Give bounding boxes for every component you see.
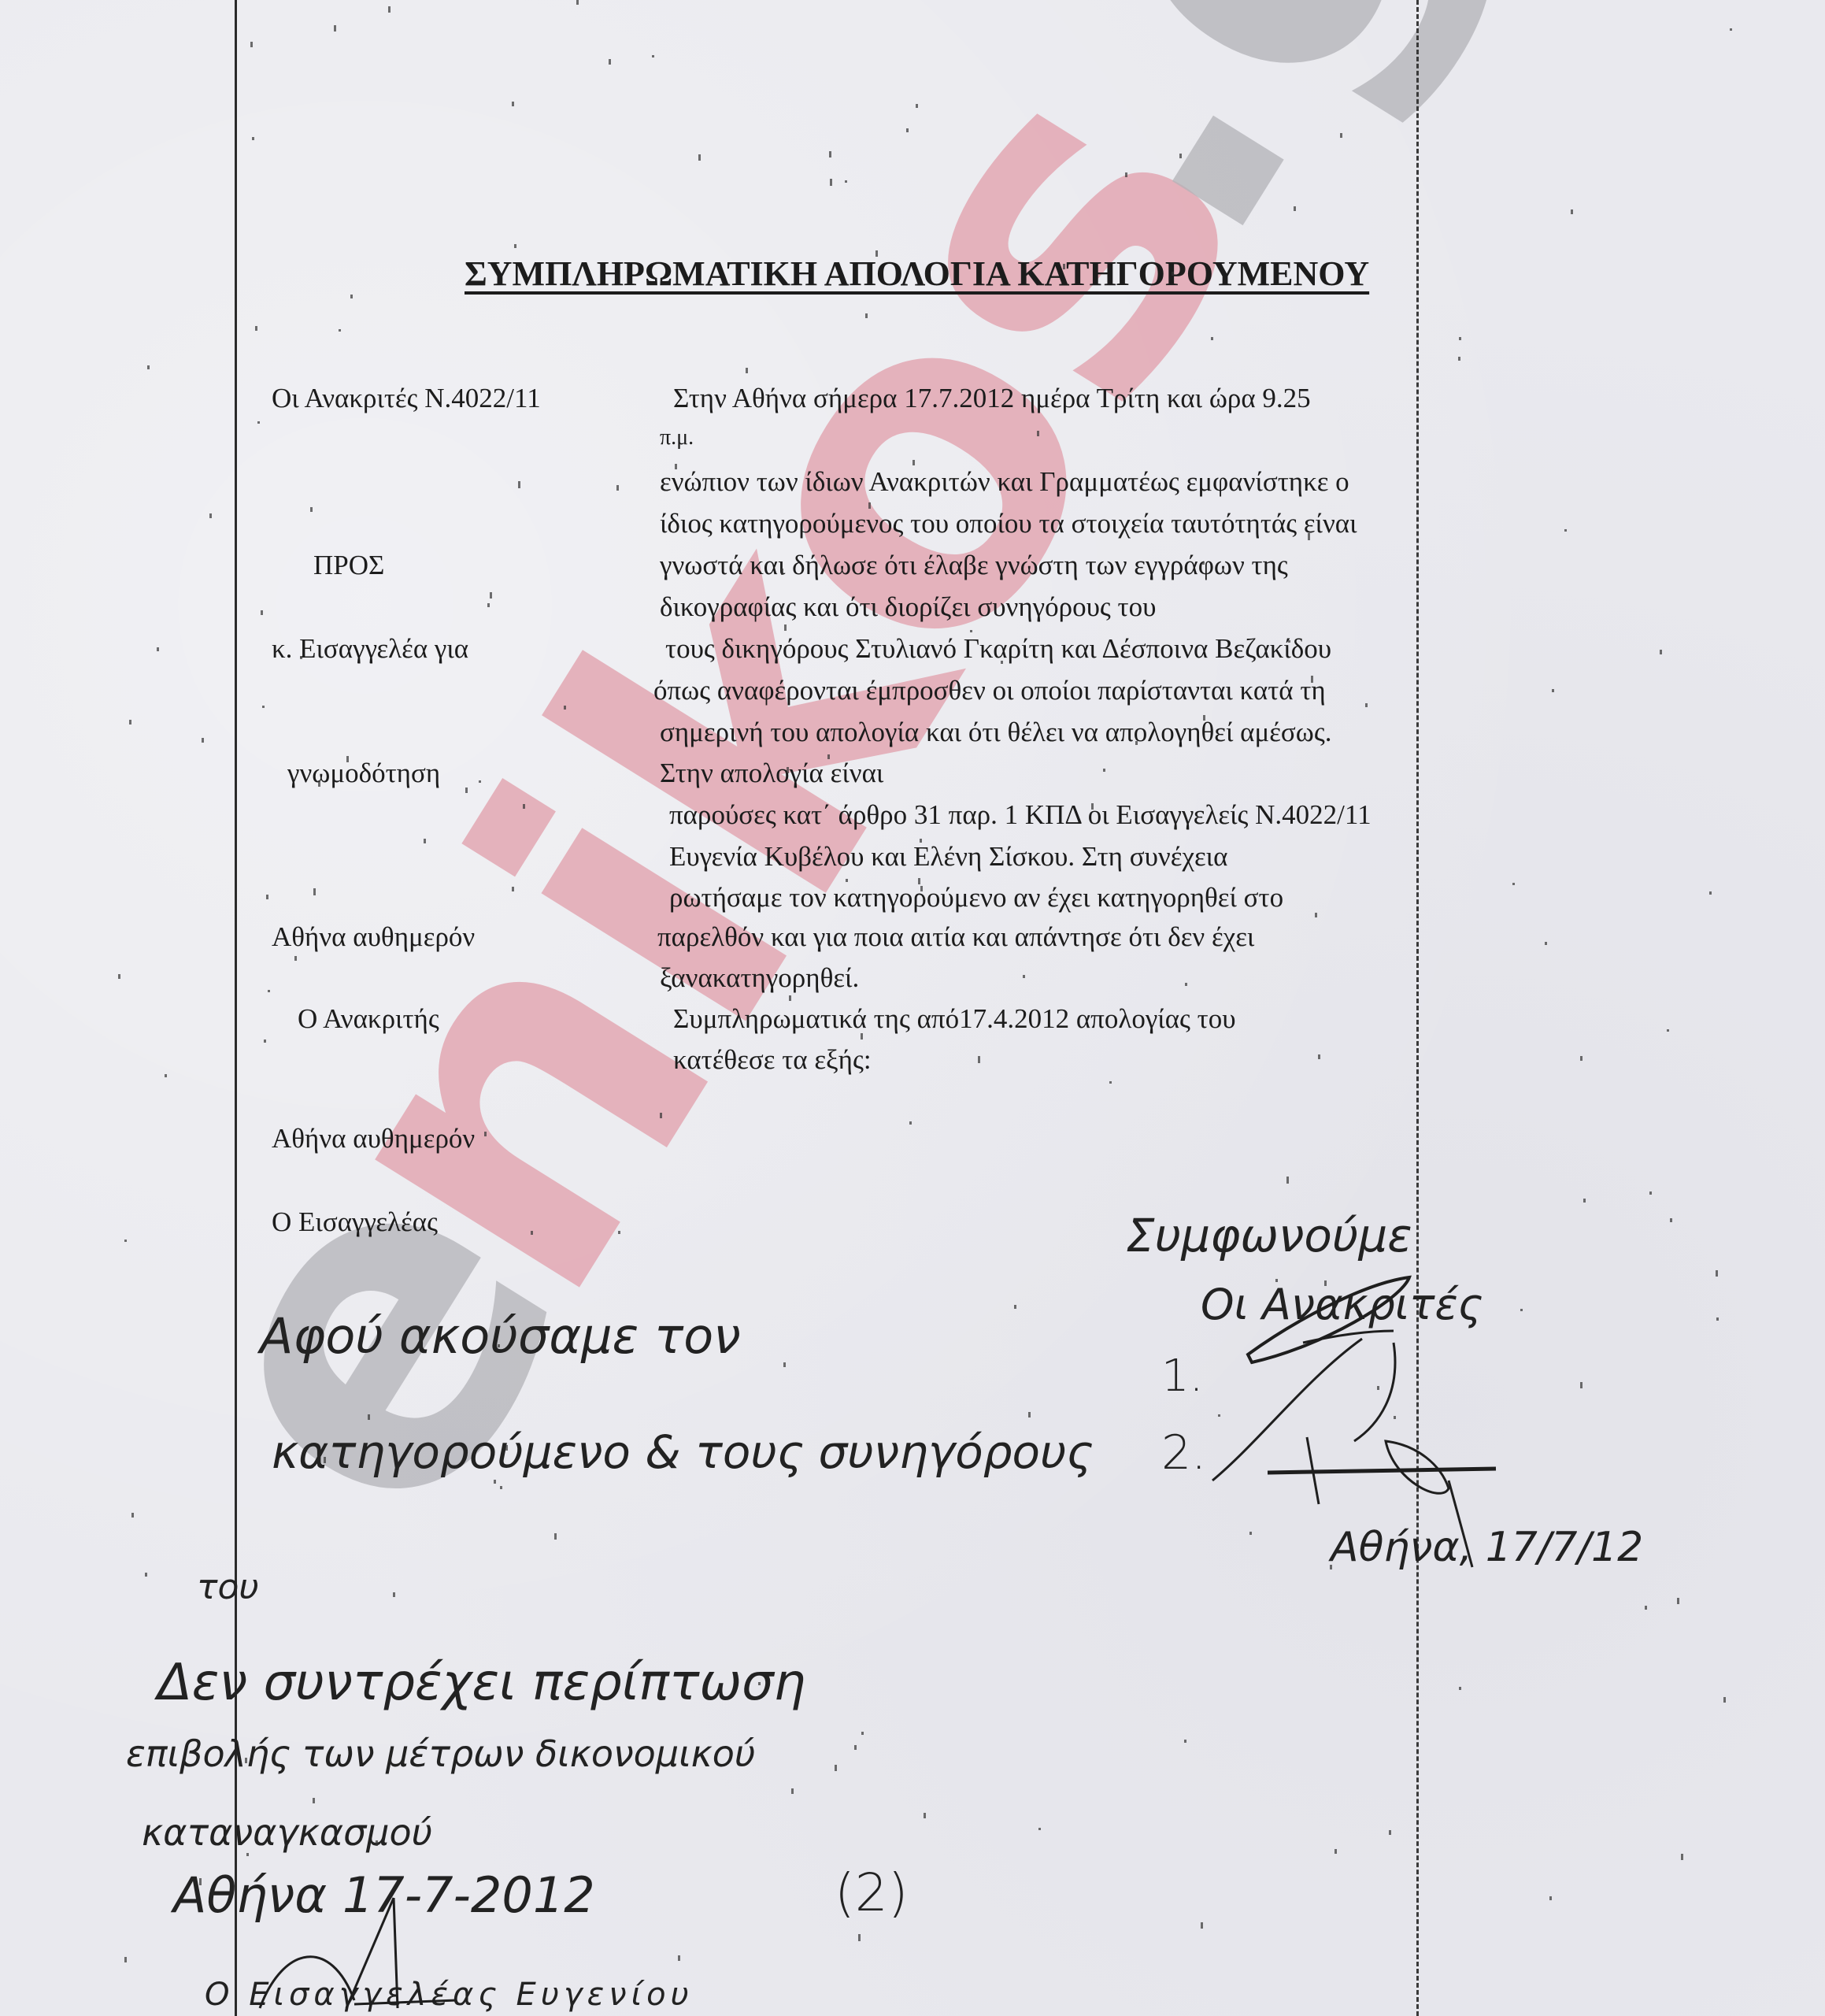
speck [1249, 1532, 1252, 1535]
label-prosecutor: Ο Εισαγγελέας [272, 1206, 438, 1238]
speck [313, 888, 316, 895]
speck [129, 720, 131, 725]
prosecutor-signature [236, 1890, 472, 2016]
speck [1308, 533, 1310, 540]
body-line: δικογραφίας και ότι διορίζει συνηγόρους … [660, 591, 1156, 623]
handwritten-note-line: επιβολής των μέτρων δικονομικού [126, 1732, 756, 1775]
speck [758, 1682, 761, 1685]
label-investigators: Οι Ανακριτές Ν.4022/11 [272, 383, 541, 414]
speck [924, 1813, 926, 1818]
speck [199, 1878, 202, 1885]
speck [131, 1513, 134, 1518]
speck [865, 313, 868, 318]
label-athens-same-day-2: Αθήνα αυθημερόν [272, 1123, 475, 1154]
speck [1649, 1191, 1652, 1195]
speck [1583, 1199, 1586, 1203]
label-to: ΠΡΟΣ [313, 550, 384, 581]
speck [652, 55, 654, 57]
speck [1660, 650, 1662, 654]
body-line: ίδιος κατηγορούμενος του οποίου τα στοιχ… [660, 508, 1357, 539]
speck [257, 421, 260, 424]
speck [1185, 983, 1187, 986]
speck [1545, 942, 1547, 945]
speck [1340, 133, 1342, 137]
speck [1564, 529, 1567, 532]
speck [1038, 1828, 1041, 1830]
speck [1201, 1922, 1203, 1929]
speck [531, 1231, 533, 1236]
speck [124, 1957, 127, 1962]
speck [789, 995, 791, 1001]
speck [346, 756, 349, 763]
handwritten-note-line: καταναγκασμού [142, 1811, 432, 1854]
speck [920, 839, 922, 842]
body-line: Στην Αθήνα σήμερα 17.7.2012 ημέρα Τρίτη … [673, 383, 1311, 414]
speck [1330, 1565, 1332, 1569]
speck [1549, 1896, 1552, 1900]
body-line: ρωτήσαμε τον κατηγορούμενο αν έχει κατηγ… [669, 882, 1283, 913]
speck [246, 1853, 249, 1856]
speck [1172, 272, 1174, 275]
body-line: παρούσες κατ΄ άρθρο 31 παρ. 1 ΚΠΔ οι Εισ… [669, 799, 1372, 831]
speck [835, 1765, 837, 1770]
speck [1571, 209, 1573, 213]
speck [1037, 431, 1039, 436]
speck [978, 1056, 980, 1063]
speck [145, 1573, 147, 1577]
speck [616, 485, 619, 490]
investigator-signature-2 [1260, 1433, 1512, 1575]
speck [1716, 1317, 1719, 1321]
speck [512, 102, 514, 106]
speck [783, 1362, 786, 1368]
body-line: Ευγενία Κυβέλου και Ελένη Σίσκου. Στη συ… [669, 841, 1227, 873]
speck [698, 154, 701, 161]
speck [318, 780, 320, 787]
speck [334, 25, 336, 31]
speck [845, 180, 847, 183]
body-line: κατέθεσε τα εξής: [673, 1044, 872, 1076]
speck [1125, 172, 1127, 176]
speck [906, 128, 909, 132]
speck [202, 738, 204, 743]
speck [918, 878, 920, 884]
speck [618, 1231, 620, 1233]
speck [255, 326, 257, 331]
speck [1071, 690, 1073, 695]
speck [781, 569, 783, 575]
speck [1365, 703, 1368, 707]
speck [1091, 803, 1094, 810]
handwritten-note-line: Αφού ακούσαμε τον [260, 1307, 741, 1365]
speck [252, 137, 254, 140]
label-prosecutor-for: κ. Εισαγγελέα για [272, 633, 468, 665]
speck [576, 0, 579, 5]
speck [970, 630, 972, 632]
body-line: Στην απολογία είναι [660, 758, 883, 789]
speck [554, 1533, 557, 1540]
speck [1028, 1412, 1031, 1417]
speck [245, 1758, 247, 1763]
right-margin-line [1416, 0, 1419, 2016]
speck [846, 879, 848, 883]
speck [1184, 1740, 1186, 1743]
speck [861, 1033, 863, 1039]
speck [875, 250, 878, 257]
handwritten-note-line: του [197, 1567, 259, 1607]
speck [1103, 769, 1105, 772]
speck [1288, 640, 1290, 643]
document-title: ΣΥΜΠΛΗΡΩΜΑΤΙΚΗ ΑΠΟΛΟΓΙΑ ΚΑΤΗΓΟΡΟΥΜΕΝΟΥ [465, 254, 1401, 294]
speck [124, 1240, 127, 1243]
speck [1723, 1697, 1726, 1703]
speck [1580, 1382, 1583, 1388]
speck [268, 990, 270, 992]
body-line: γνωστά και δήλωσε ότι έλαβε γνώστη των ε… [660, 550, 1288, 581]
speck [339, 329, 341, 332]
speck [1459, 337, 1461, 339]
speck [1394, 1416, 1396, 1420]
speck [1377, 1386, 1379, 1389]
speck [1716, 1270, 1718, 1277]
speck [368, 1414, 370, 1420]
handwritten-agree: Συμφωνούμε [1126, 1209, 1412, 1262]
body-line: σημερινή του απολογία και ότι θέλει να α… [660, 717, 1331, 748]
speck [523, 804, 525, 809]
speck [1135, 741, 1138, 745]
speck [310, 507, 313, 512]
speck [1311, 676, 1313, 683]
speck [261, 610, 263, 615]
speck [675, 464, 677, 469]
speck [1179, 154, 1182, 158]
speck [861, 1732, 864, 1735]
speck [1324, 1280, 1327, 1285]
speck [250, 42, 253, 46]
speck [784, 624, 787, 631]
speck [1552, 689, 1554, 692]
speck [916, 104, 918, 108]
speck [829, 151, 831, 158]
speck [868, 502, 871, 509]
speck [147, 365, 150, 369]
body-line: ξανακατηγορηθεί. [660, 962, 859, 994]
speck [1275, 1279, 1278, 1283]
speck [1670, 1218, 1672, 1222]
speck [1335, 1849, 1337, 1854]
speck [294, 956, 297, 960]
speck [564, 706, 566, 710]
body-line: όπως αναφέρονται έμπροσθεν οι οποίοι παρ… [653, 675, 1326, 706]
label-opinion: γνωμοδότηση [287, 758, 440, 789]
speck [858, 1934, 861, 1940]
speck [1681, 1854, 1683, 1860]
speck [500, 1486, 502, 1489]
speck [660, 1113, 662, 1117]
speck [1512, 883, 1515, 886]
speck [494, 1480, 496, 1484]
speck [350, 295, 353, 298]
speck [262, 706, 265, 708]
handwritten-note-line: κατηγορούμενο & τους συνηγόρους [272, 1425, 1094, 1479]
body-line: Συμπληρωματικά της από17.4.2012 απολογία… [673, 1003, 1236, 1035]
speck [1211, 337, 1213, 340]
speck [791, 1788, 794, 1793]
speck [1520, 1309, 1523, 1311]
speck [1677, 1598, 1679, 1605]
speck [1286, 1177, 1289, 1184]
speck [1023, 975, 1025, 978]
speck [490, 592, 492, 598]
speck [165, 1074, 167, 1078]
speck [518, 481, 520, 488]
speck [1001, 661, 1003, 664]
speck [830, 179, 832, 186]
speck [1645, 1606, 1647, 1610]
body-line: π.μ. [660, 425, 694, 450]
speck [465, 787, 468, 793]
speck [209, 513, 212, 518]
label-investigator: Ο Ανακριτής [298, 1003, 439, 1035]
speck [827, 754, 830, 759]
speck [1459, 1687, 1461, 1690]
speck [1315, 913, 1317, 917]
speck [484, 1132, 487, 1137]
speck [1218, 1414, 1220, 1417]
speck [512, 887, 514, 891]
speck [324, 1457, 326, 1463]
handwritten-note-line: Δεν συντρέχει περίπτωση [157, 1654, 805, 1712]
speck [1667, 1029, 1669, 1032]
speck [609, 59, 611, 65]
body-line: τους δικηγόρους Στυλιανό Γκαρίτη και Δέσ… [665, 633, 1331, 665]
speck [1580, 1056, 1583, 1061]
speck [266, 895, 268, 899]
speck [505, 1445, 508, 1451]
speck [1709, 891, 1712, 895]
speck [487, 603, 490, 607]
speck [514, 244, 516, 248]
speck [424, 839, 426, 843]
speck [912, 460, 915, 465]
speck [746, 368, 748, 373]
speck [157, 647, 159, 651]
speck [1294, 206, 1296, 211]
speck [1202, 561, 1205, 565]
speck [479, 780, 481, 783]
left-margin-line [235, 0, 237, 2016]
speck [1389, 1830, 1391, 1835]
speck [1014, 1305, 1016, 1309]
speck [909, 1121, 912, 1125]
speck [678, 1955, 680, 1962]
speck [300, 656, 302, 659]
body-line: παρελθόν και για ποια αιτία και απάντησε… [657, 921, 1254, 953]
label-athens-same-day-1: Αθήνα αυθημερόν [272, 921, 475, 953]
speck [393, 1592, 395, 1597]
speck [313, 1798, 315, 1803]
body-line: ενώπιον των ίδιων Ανακριτών και Γραμματέ… [660, 466, 1349, 498]
speck [920, 886, 923, 891]
speck [1109, 1081, 1112, 1084]
speck [1458, 357, 1460, 361]
speck [787, 767, 789, 773]
speck [854, 1745, 857, 1751]
speck [264, 1039, 266, 1043]
speck [1318, 1054, 1320, 1059]
speck [1203, 715, 1205, 721]
speck [1063, 264, 1065, 269]
speck [1730, 28, 1732, 31]
speck [376, 1840, 378, 1846]
speck [388, 6, 391, 13]
speck [118, 974, 120, 979]
speck [498, 1344, 500, 1347]
page-number: (2) [835, 1862, 909, 1923]
